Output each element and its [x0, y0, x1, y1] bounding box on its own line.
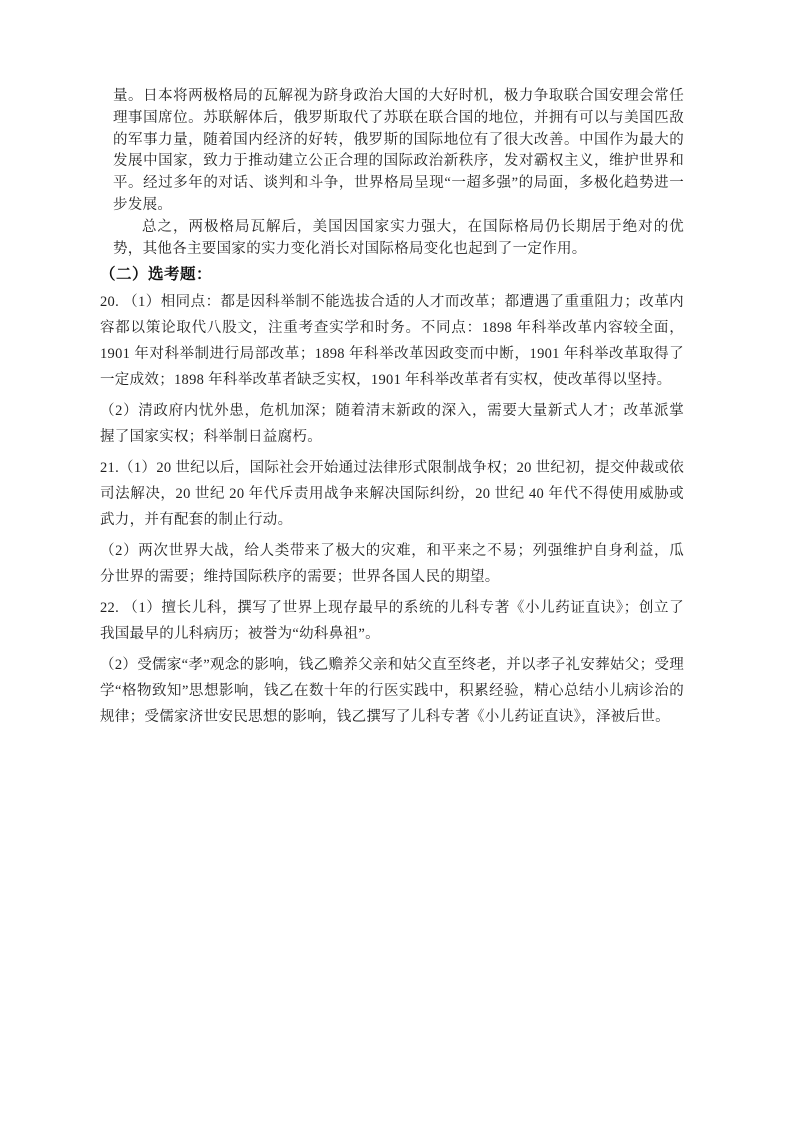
section-heading-elective-questions: （二）选考题： — [100, 263, 684, 287]
answer-20-part2: （2）清政府内忧外患，危机加深；随着清末新政的深入，需要大量新式人才；改革派掌握… — [100, 398, 684, 450]
answers-block: 20. （1）相同点：都是因科举制不能选拔合适的人才而改革；都遭遇了重重阻力；改… — [100, 289, 684, 730]
document-page: 量。日本将两极格局的瓦解视为跻身政治大国的大好时机，极力争取联合国安理会常任理事… — [0, 0, 794, 1123]
answer-21-part2: （2）两次世界大战，给人类带来了极大的灾难，和平来之不易；列强维护自身利益，瓜分… — [100, 538, 684, 590]
intro-paragraph-summary: 总之，两极格局瓦解后，美国因国家实力强大，在国际格局仍长期居于绝对的优势，其他各… — [100, 217, 684, 261]
answer-20-part1: 20. （1）相同点：都是因科举制不能选拔合适的人才而改革；都遭遇了重重阻力；改… — [100, 289, 684, 393]
answer-22-part1: 22. （1）擅长儿科，撰写了世界上现存最早的系统的儿科专著《小儿药证直诀》；创… — [100, 595, 684, 647]
answer-22-part2: （2）受儒家“孝”观念的影响，钱乙赡养父亲和姑父直至终老，并以孝子礼安葬姑父；受… — [100, 652, 684, 730]
page-content: 量。日本将两极格局的瓦解视为跻身政治大国的大好时机，极力争取联合国安理会常任理事… — [100, 86, 684, 735]
answer-21-part1: 21.（1）20 世纪以后，国际社会开始通过法律形式限制战争权；20 世纪初，提… — [100, 455, 684, 533]
intro-block: 量。日本将两极格局的瓦解视为跻身政治大国的大好时机，极力争取联合国安理会常任理事… — [100, 86, 684, 260]
intro-paragraph-continuation: 量。日本将两极格局的瓦解视为跻身政治大国的大好时机，极力争取联合国安理会常任理事… — [100, 86, 684, 217]
